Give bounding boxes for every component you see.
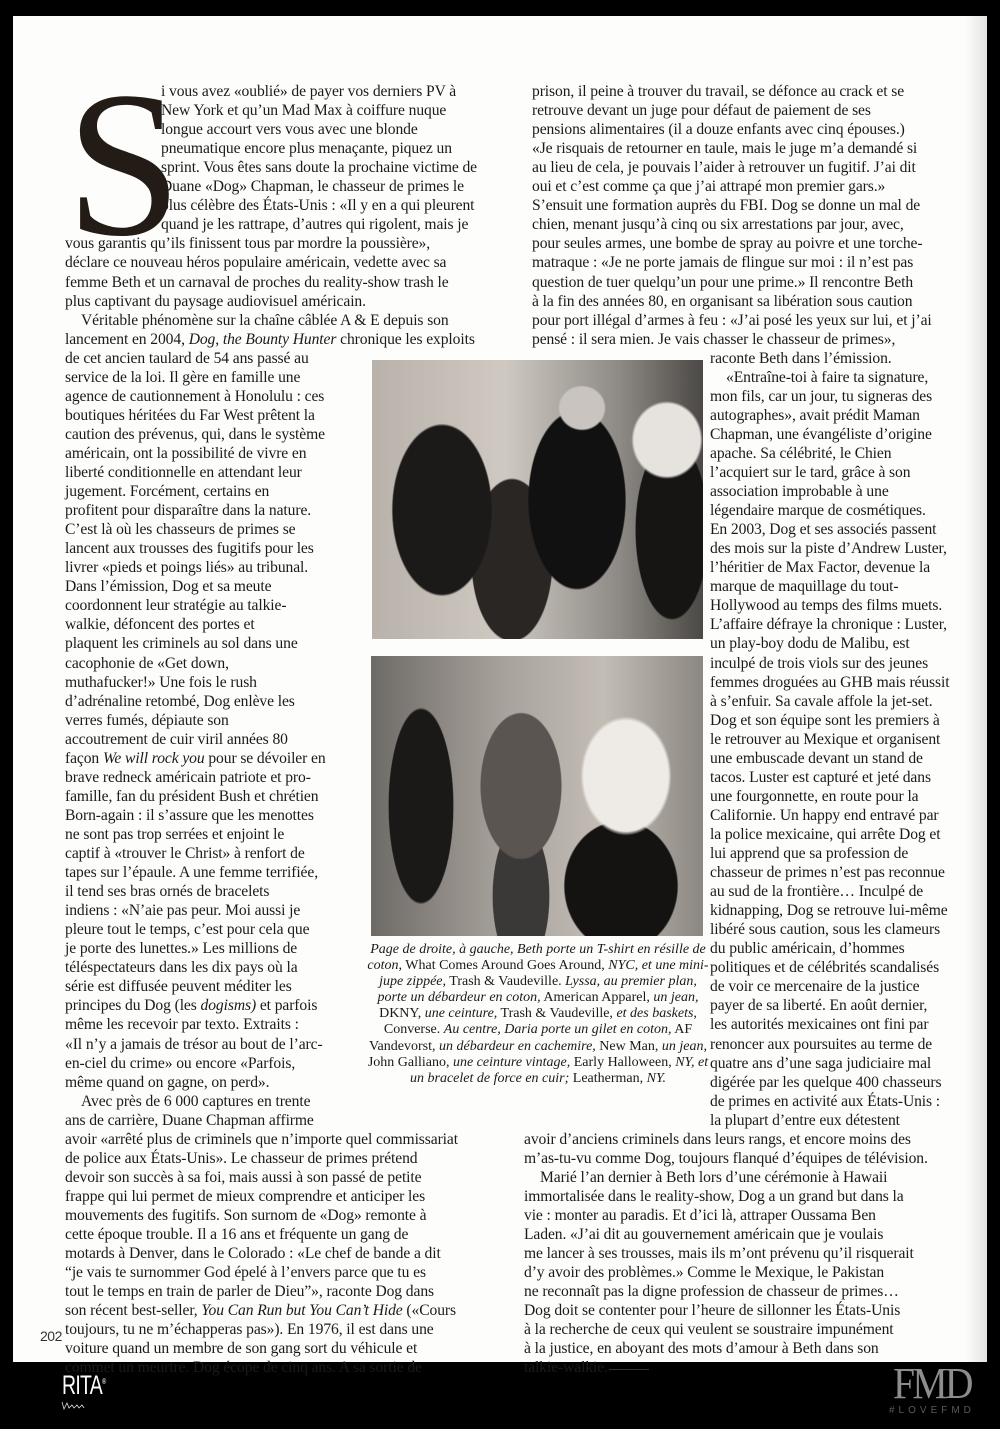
article-line: le retrouver au Mexique et organisent	[710, 730, 940, 749]
article-line: la plupart d’entre eux détestent	[710, 1111, 900, 1130]
article-line: indiens : «N’aie pas peur. Moi aussi je	[65, 901, 300, 920]
article-line: renoncer aux poursuites au terme de	[710, 1035, 932, 1054]
article-line: Véritable phénomène sur la chaîne câblée…	[81, 311, 449, 330]
article-line: chasseur de primes n’est pas reconnue	[710, 863, 945, 882]
article-line: boutiques héritées du Far West prêtent l…	[65, 406, 315, 425]
article-line: au sud de la frontière… Inculpé de	[710, 882, 923, 901]
article-line: L’affaire défraye la chronique : Luster,	[710, 615, 947, 634]
article-line: l’héritier de Max Factor, devenue la	[710, 558, 930, 577]
caption-italic: et des baskets,	[616, 1006, 696, 1021]
article-line: famille, fan du président Bush et chréti…	[65, 787, 318, 806]
article-line: avoir «arrêté plus de criminels que n’im…	[65, 1130, 458, 1149]
caption-italic: un jean,	[653, 990, 698, 1005]
article-line: mouvements des fugitifs. Son surnom de «…	[65, 1206, 426, 1225]
caption-brand: DKNY,	[379, 1006, 425, 1021]
article-line: voiture quand un membre de son gang sort…	[65, 1339, 417, 1358]
signature-icon	[60, 1400, 94, 1410]
article-line: plus célèbre des États-Unis : «Il y en a…	[161, 196, 474, 215]
article-line: de voir ce mercenaire de la justice	[710, 977, 920, 996]
article-line: S’ensuit une formation auprès du FBI. Do…	[532, 196, 920, 215]
article-line: Dog et son équipe sont les premiers à	[710, 711, 940, 730]
article-line: association improbable à une	[710, 482, 889, 501]
article-line: cette époque trouble. Il a 16 ans et fré…	[65, 1225, 408, 1244]
article-line: motards à Denver, dans le Colorado : «Le…	[65, 1244, 441, 1263]
article-line: en-ciel du crime» ou encore «Parfois,	[65, 1054, 295, 1073]
article-line: tacos. Luster est capturé et jeté dans	[710, 768, 931, 787]
article-line: façon We will rock you pour se dévoiler …	[65, 749, 326, 768]
article-line: kidnapping, Dog se retrouve lui-même	[710, 901, 948, 920]
article-line: du public américain, d’hommes	[710, 939, 905, 958]
article-line: profitent pour disparaître dans la natur…	[65, 501, 311, 520]
article-line: vie : monter au paradis. Et d’ici là, at…	[524, 1206, 876, 1225]
article-line: m’as-tu-vu comme Dog, toujours flanqué d…	[524, 1149, 928, 1168]
article-line: à la recherche de ceux qui veulent se so…	[524, 1320, 894, 1339]
article-line: marque de maquillage du tout-	[710, 577, 899, 596]
photo-caption: Page de droite, à gauche, Beth porte un …	[365, 942, 711, 1087]
article-line: Avec près de 6 000 captures en trente	[81, 1092, 310, 1111]
article-line: tapes sur l’épaule. A une femme terrifié…	[65, 863, 318, 882]
caption-italic: NY.	[647, 1071, 666, 1086]
article-line: avoir d’anciens criminels dans leurs ran…	[524, 1130, 911, 1149]
article-line: Dans l’émission, Dog et sa meute	[65, 577, 271, 596]
article-line: mon fils, car un jour, tu signeras des	[710, 387, 932, 406]
article-line: immortalisée dans le reality-show, Dog a…	[524, 1187, 904, 1206]
article-line: oui et c’est comme ça que j’ai attrapé m…	[532, 177, 885, 196]
article-line: liberté conditionnelle en attendant leur	[65, 463, 302, 482]
article-line: muthafucker!» Une fois le rush	[65, 673, 257, 692]
article-line: quand je les rattrape, d’autres qui rigo…	[161, 215, 468, 234]
article-line: américain, ont la possibilité de vivre e…	[65, 444, 306, 463]
article-line: accoutrement de cuir viril années 80	[65, 730, 288, 749]
article-line: New York et qu’un Mad Max à coiffure nuq…	[161, 101, 446, 120]
article-line: Duane «Dog» Chapman, le chasseur de prim…	[161, 177, 464, 196]
article-line: de police aux États-Unis». Le chasseur d…	[65, 1149, 418, 1168]
article-line: d’y avoir des problèmes.» Comme le Mexiq…	[524, 1263, 884, 1282]
article-line: raconte Beth dans l’émission.	[710, 349, 892, 368]
article-line: Born-again : il s’assure que les menotte…	[65, 806, 314, 825]
caption-brand: New Man,	[596, 1039, 662, 1054]
article-line: lancement en 2004, Dog, the Bounty Hunte…	[65, 330, 475, 349]
caption-brand: What Comes Around Goes Around,	[402, 958, 608, 973]
article-line: caution des prévenus, qui, dans le systè…	[65, 425, 325, 444]
article-line: prison, il peine à trouver du travail, s…	[532, 82, 904, 101]
fmd-hashtag: #LOVEFMD	[889, 1405, 975, 1416]
article-line: frappe qui lui permet de mieux comprendr…	[65, 1187, 425, 1206]
article-line: les autorités mexicaines ont fini par	[710, 1015, 928, 1034]
caption-italic: un débardeur en cachemire,	[439, 1039, 596, 1054]
article-line: “je vais te surnommer God épelé à l’enve…	[65, 1263, 426, 1282]
article-line: ne sont pas trop serrées et enjoint le	[65, 825, 284, 844]
article-line: «Je risquais de retourner en taule, mais…	[532, 139, 917, 158]
article-line: toujours, tu ne m’échapperas pas»). En 1…	[65, 1320, 434, 1339]
caption-italic: une ceinture vintage,	[453, 1055, 570, 1070]
article-line: tout le temps en train de parler de Dieu…	[65, 1282, 434, 1301]
article-line: à la justice, en aboyant des mots d’amou…	[524, 1339, 879, 1358]
article-line: pour seules armes, une bombe de spray au…	[532, 234, 922, 253]
caption-brand: John Galliano,	[368, 1055, 453, 1070]
article-line: principes du Dog (les dogisms) et parfoi…	[65, 996, 317, 1015]
article-line: pneumatique encore plus menaçante, pique…	[161, 139, 452, 158]
article-line: agence de cautionnement à Honolulu : ces	[65, 387, 324, 406]
article-line: «Entraîne-toi à faire ta signature,	[726, 368, 928, 387]
article-line: i vous avez «oublié» de payer vos dernie…	[161, 82, 456, 101]
article-line: lui apprend que sa profession de	[710, 844, 908, 863]
caption-italic: un jean,	[662, 1039, 707, 1054]
italic-title: We will rock you	[103, 750, 205, 767]
article-line: il tend ses bras ornés de bracelets	[65, 882, 269, 901]
caption-brand: Trash & Vaudeville,	[497, 1006, 616, 1021]
article-line: pour port illégal d’armes à feu : «J’ai …	[532, 311, 932, 330]
article-line: me lancer à ses trousses, mais ils m’ont…	[524, 1244, 914, 1263]
article-line: des mois sur la piste d’Andrew Luster,	[710, 539, 947, 558]
article-line: à la fin des années 80, en organisant sa…	[532, 292, 912, 311]
article-line: inculpé de trois viols sur des jeunes	[710, 654, 928, 673]
article-line: livrer «pieds et poings liés» au tribuna…	[65, 558, 308, 577]
article-line: même les recevoir par texto. Extraits :	[65, 1015, 299, 1034]
article-line: payer de sa liberté. En août dernier,	[710, 996, 927, 1015]
caption-brand: Early Halloween,	[570, 1055, 675, 1070]
article-line: ne reconnaît pas la digne profession de …	[524, 1282, 899, 1301]
article-line: Dog doit se contenter pour l’heure de si…	[524, 1301, 900, 1320]
article-line: brave redneck américain patriote et pro-	[65, 768, 311, 787]
article-line: walkie, défoncent des portes et	[65, 615, 255, 634]
article-line: libéré sous caution, sous les clameurs	[710, 920, 940, 939]
italic-title: You Can Run but You Can’t Hide	[201, 1302, 402, 1319]
article-line: C’est là où les chasseurs de primes se	[65, 520, 295, 539]
photo-tattoo-scene	[371, 656, 703, 936]
photo-arrest-scene	[372, 360, 703, 639]
italic-title: Dog, the Bounty Hunter	[189, 331, 337, 348]
article-line: politiques et de célébrités scandalisés	[710, 958, 939, 977]
caption-brand: Converse.	[384, 1022, 444, 1037]
article-line: de cet ancien taulard de 54 ans passé au	[65, 349, 309, 368]
article-line: pleure tout le temps, c’est pour cela qu…	[65, 920, 309, 939]
article-line: je porte des lunettes.» Les millions de	[65, 939, 297, 958]
caption-brand: Leatherman,	[569, 1071, 646, 1086]
caption-italic: Au centre, Daria porte un gilet en coton…	[444, 1022, 672, 1037]
caption-brand: American Apparel,	[541, 990, 654, 1005]
rita-logo-text: RITA	[62, 1370, 102, 1400]
article-line: longue accourt vers vous avec une blonde	[161, 120, 418, 139]
article-line: à s’enfuir. Sa cavale affole la jet-set.	[710, 692, 933, 711]
page-number: 202	[40, 1328, 62, 1344]
article-line: même quand on gagne, on perd».	[65, 1073, 269, 1092]
article-line: son récent best-seller, You Can Run but …	[65, 1301, 456, 1320]
article-line: quatre ans d’une saga judiciaire mal	[710, 1054, 931, 1073]
end-mark	[609, 1369, 649, 1370]
article-line: légendaire marque de cosmétiques.	[710, 501, 926, 520]
article-line: une embuscade devant un stand de	[710, 749, 923, 768]
article-line: une fourgonnette, en route pour la	[710, 787, 919, 806]
article-line: ans de carrière, Duane Chapman affirme	[65, 1111, 314, 1130]
article-line: matraque : «Je ne porte jamais de flingu…	[532, 253, 913, 272]
article-line: Laden. «J’ai dit au gouvernement américa…	[524, 1225, 883, 1244]
article-line: digérée par les quelque 400 chasseurs	[710, 1073, 941, 1092]
article-line: un play-boy dodu de Malibu, est	[710, 634, 910, 653]
article-line: Californie. Un happy end entravé par	[710, 806, 939, 825]
article-line: talkie-walkie.	[524, 1358, 649, 1377]
fmd-watermark: FMD	[893, 1358, 971, 1409]
article-line: pensé : il sera mien. Je vais chasser le…	[532, 330, 895, 349]
registered-mark: ®	[102, 1377, 106, 1386]
article-line: cacophonie de «Get down,	[65, 654, 229, 673]
article-line: autographes», avait prédit Maman	[710, 406, 920, 425]
article-line: verres fumés, dépiaute son	[65, 711, 229, 730]
article-line: de primes en activité aux États-Unis :	[710, 1092, 940, 1111]
drop-cap: S	[66, 60, 182, 268]
article-line: retrouve devant un juge pour défaut de p…	[532, 101, 871, 120]
article-line: plus captivant du paysage audiovisuel am…	[65, 292, 366, 311]
article-line: série est diffusée peuvent méditer les	[65, 977, 292, 996]
article-line: femmes droguées au GHB mais réussit	[710, 673, 949, 692]
article-line: commet un meurtre. Dog écope de cinq ans…	[65, 1358, 422, 1377]
article-line: captif à «trouver le Christ» à renfort d…	[65, 844, 305, 863]
article-line: l’acquiert sur le tard, grâce à son	[710, 463, 910, 482]
article-line: coordonnent leur stratégie au talkie-	[65, 596, 286, 615]
article-line: lancent aux trousses des fugitifs pour l…	[65, 539, 314, 558]
article-line: «Il n’y a jamais de trésor au bout de l’…	[65, 1035, 323, 1054]
article-line: au lieu de cela, je pouvais l’aider à re…	[532, 158, 916, 177]
caption-brand: Trash & Vaudeville.	[446, 974, 565, 989]
article-line: apache. Sa célébrité, le Chien	[710, 444, 891, 463]
article-line: téléspectateurs dans les dix pays où la	[65, 958, 298, 977]
caption-italic: une ceinture,	[425, 1006, 498, 1021]
article-line: sprint. Vous êtes sans doute la prochain…	[161, 158, 477, 177]
article-line: chien, menant jusqu’à cinq ou six arrest…	[532, 215, 904, 234]
article-line: la police mexicaine, qui arrête Dog et	[710, 825, 940, 844]
article-line: En 2003, Dog et ses associés passent	[710, 520, 936, 539]
italic-title: dogisms)	[201, 997, 257, 1014]
article-line: Chapman, une évangéliste d’origine	[710, 425, 932, 444]
article-line: Hollywood au temps des films muets.	[710, 596, 942, 615]
article-line: plaquent les criminels au sol dans une	[65, 634, 298, 653]
article-line: question de tuer quelqu’un pour une prim…	[532, 273, 913, 292]
article-line: service de la loi. Il gère en famille un…	[65, 368, 300, 387]
article-line: pensions alimentaires (il a douze enfant…	[532, 120, 905, 139]
rita-logo: RITA®	[62, 1370, 105, 1401]
article-line: jugement. Forcément, certains en	[65, 482, 269, 501]
page-gutter-shadow	[965, 16, 987, 1362]
article-line: Marié l’an dernier à Beth lors d’une cér…	[540, 1168, 887, 1187]
article-line: d’adrénaline retombé, Dog enlève les	[65, 692, 295, 711]
article-line: devoir son succès à sa foi, mais aussi à…	[65, 1168, 421, 1187]
